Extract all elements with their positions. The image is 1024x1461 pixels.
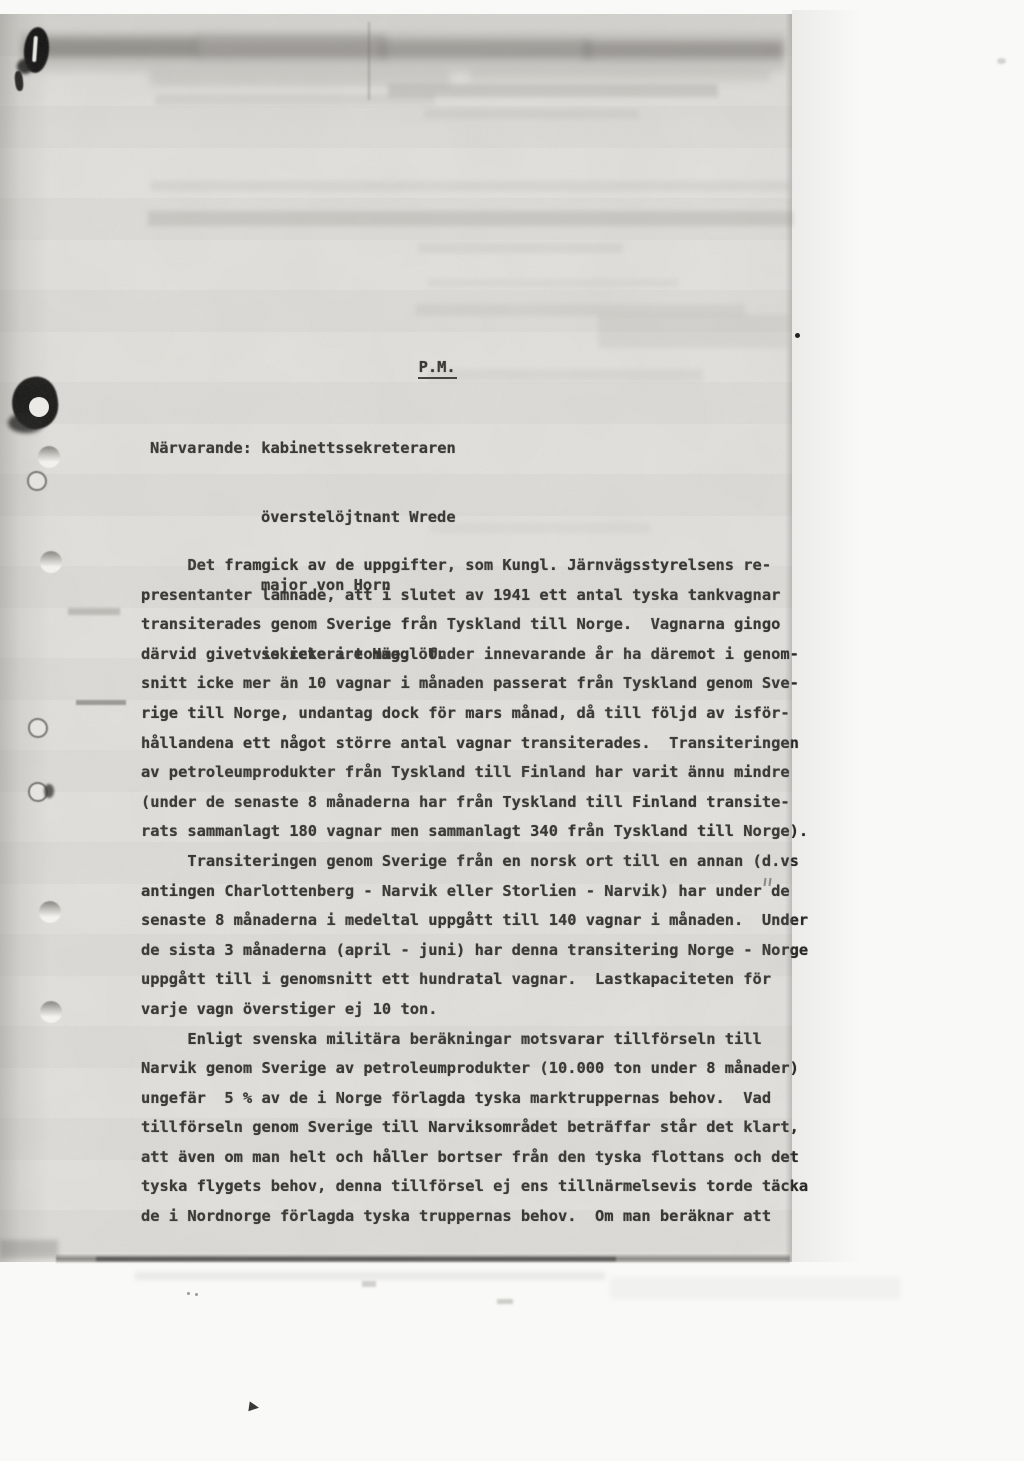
ghost-text-band [428, 369, 703, 381]
body-line: varje vagn överstiger ej 10 ton. [141, 995, 808, 1025]
ghost-text-band [424, 109, 639, 119]
smudge-streak [26, 37, 198, 57]
attendee-name: kabinettssekreteraren [261, 439, 456, 457]
below-edge-smudge [610, 1277, 900, 1299]
smudge-streak [150, 71, 450, 86]
body-line: Det framgick av de uppgifter, som Kungl.… [141, 551, 808, 581]
ink-blob-top [22, 26, 51, 74]
smudge-streak [584, 41, 782, 59]
body-line: uppgått till i genomsnitt ett hundratal … [141, 965, 808, 995]
attendees-label: Närvarande: [150, 439, 252, 457]
punch-hole-in-blob [29, 397, 49, 417]
below-edge-smudge [135, 1272, 605, 1280]
body-text: Det framgick av de uppgifter, som Kungl.… [141, 551, 808, 1232]
attendees-line: överstelöjtnant Wrede [150, 502, 456, 533]
body-line: rats sammanlagt 180 vagnar men sammanlag… [141, 817, 808, 847]
bottom-dot [187, 1292, 190, 1295]
body-line: hållandena ett något större antal vagnar… [141, 729, 808, 759]
edge-speck [795, 333, 800, 338]
margin-speck [997, 58, 1006, 64]
punch-hole-ring [28, 782, 48, 802]
tiny-smear [362, 1281, 376, 1287]
ink-mark-small [14, 71, 24, 92]
body-line: transiterades genom Sverige från Tysklan… [141, 610, 808, 640]
punch-hole-ring [27, 471, 47, 491]
body-line: de sista 3 månaderna (april - juni) har … [141, 936, 808, 966]
doc-title-line: P.M. [362, 340, 457, 394]
attendees-line: Närvarande: kabinettssekreteraren [150, 433, 456, 464]
punch-hole [38, 446, 60, 468]
body-line: tyska flygets behov, denna tillförsel ej… [141, 1172, 808, 1202]
smudge-streak [470, 69, 770, 82]
ink-blob-middle-tail [8, 413, 44, 433]
punch-hole [40, 1001, 62, 1023]
ghost-text-band [415, 304, 745, 316]
smudge-band [20, 30, 785, 74]
body-line: presentanter lämnade, att i slutet av 19… [141, 581, 808, 611]
body-line: ungefär 5 % av de i Norge förlagda tyska… [141, 1084, 808, 1114]
paper-bottom-corner-smudge [0, 1240, 58, 1258]
body-line: därvid givetvis icke i tomme. Under inne… [141, 640, 808, 670]
ghost-text-band [428, 279, 678, 287]
ghost-text-band [430, 523, 650, 533]
body-line: rige till Norge, undantag dock för mars … [141, 699, 808, 729]
margin-dash [76, 700, 126, 705]
body-line: snitt icke mer än 10 vagnar i månaden pa… [141, 669, 808, 699]
body-line: senaste 8 månaderna i medeltal uppgått t… [141, 906, 808, 936]
margin-dash [68, 608, 120, 615]
ghost-text-band [598, 314, 788, 348]
body-line: Enligt svenska militära beräkningar mots… [141, 1025, 808, 1055]
fold-line [368, 22, 370, 100]
punch-hole [39, 901, 61, 923]
ink-blob-white-stroke [32, 36, 38, 62]
doc-title: P.M. [418, 358, 457, 379]
ghost-text-band [388, 84, 718, 97]
ink-blob-top-tail [17, 59, 33, 74]
body-line: att även om man helt och håller bortser … [141, 1143, 808, 1173]
body-line: av petroleumprodukter från Tyskland till… [141, 758, 808, 788]
ghost-text-band [155, 94, 435, 105]
ghost-text-band [148, 211, 793, 226]
body-line: (under de senaste 8 månaderna har från T… [141, 788, 808, 818]
body-line: Transiteringen genom Sverige från en nor… [141, 847, 808, 877]
body-line: Narvik genom Sverige av petroleumprodukt… [141, 1054, 808, 1084]
ghost-text-band [418, 243, 623, 253]
ink-blob-middle [8, 373, 62, 432]
smudge-streak [380, 39, 590, 59]
triangle-mark [248, 1401, 259, 1412]
attendee-name: överstelöjtnant Wrede [261, 508, 456, 526]
bottom-smear [497, 1299, 513, 1304]
body-line: tillförseln genom Sverige till Narviksom… [141, 1113, 808, 1143]
bottom-dot [195, 1293, 198, 1296]
paper-sheet: P.M. Närvarande: kabinettssekreteraren ö… [0, 14, 792, 1262]
paper-bottom-edge-core [96, 1257, 616, 1261]
ghost-text-band [150, 181, 790, 191]
punch-hole [40, 551, 62, 573]
body-line: de i Nordnorge förlagda tyska truppernas… [141, 1202, 808, 1232]
scanned-document-page: P.M. Närvarande: kabinettssekreteraren ö… [0, 0, 1024, 1461]
paper-bottom-edge [56, 1254, 790, 1263]
body-line: antingen Charlottenberg - Narvik eller S… [141, 877, 808, 907]
smudge-streak [196, 35, 386, 59]
punch-hole-ring [28, 718, 48, 738]
